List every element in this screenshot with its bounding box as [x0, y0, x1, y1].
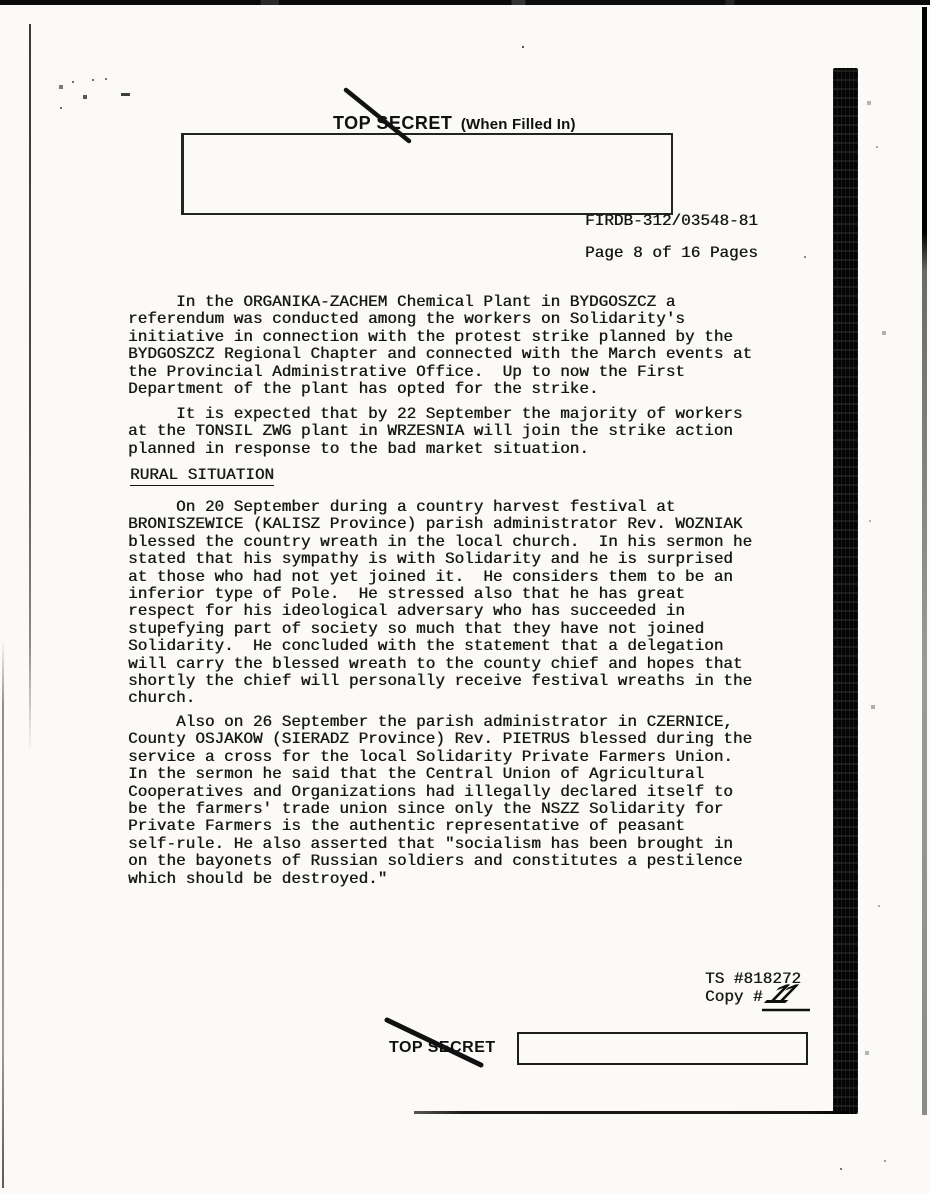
paragraph-organika-zachem: In the ORGANIKA-ZACHEM Chemical Plant in… — [128, 294, 752, 398]
scan-left-fold-line — [29, 24, 31, 752]
scan-top-edge-bar — [0, 0, 930, 5]
page-count-label: Page 8 of 16 Pages — [585, 245, 758, 262]
document-number: FIRDB-312/03548-81 — [585, 213, 758, 230]
copy-number-label: Copy # — [705, 989, 763, 1006]
control-number-box — [181, 133, 673, 215]
scan-noise-specks — [0, 0, 2, 2]
paragraph-tonsil-zwg: It is expected that by 22 September the … — [128, 406, 743, 458]
scan-right-edge-line — [922, 7, 927, 1115]
paragraph-broniszewice: On 20 September during a country harvest… — [128, 499, 752, 708]
pencil-dash-mark — [121, 93, 130, 96]
when-filled-in-label: (When Filled In) — [461, 116, 576, 133]
paragraph-czernice: Also on 26 September the parish administ… — [128, 714, 752, 888]
scan-bottom-rule — [414, 1111, 847, 1114]
footer-stamp-box — [517, 1032, 808, 1065]
classification-header-label: TOP SECRET — [333, 113, 452, 133]
section-heading-rural-situation: RURAL SITUATION — [130, 467, 274, 486]
scan-binding-strip — [833, 68, 858, 1114]
scanned-document-page: TOP SECRET (When Filled In) FIRDB-312/03… — [0, 0, 930, 1194]
classification-header: TOP SECRET (When Filled In) — [333, 113, 576, 134]
scan-left-edge-line — [2, 640, 4, 1188]
classification-footer-label: TOP SECRET — [389, 1039, 496, 1057]
